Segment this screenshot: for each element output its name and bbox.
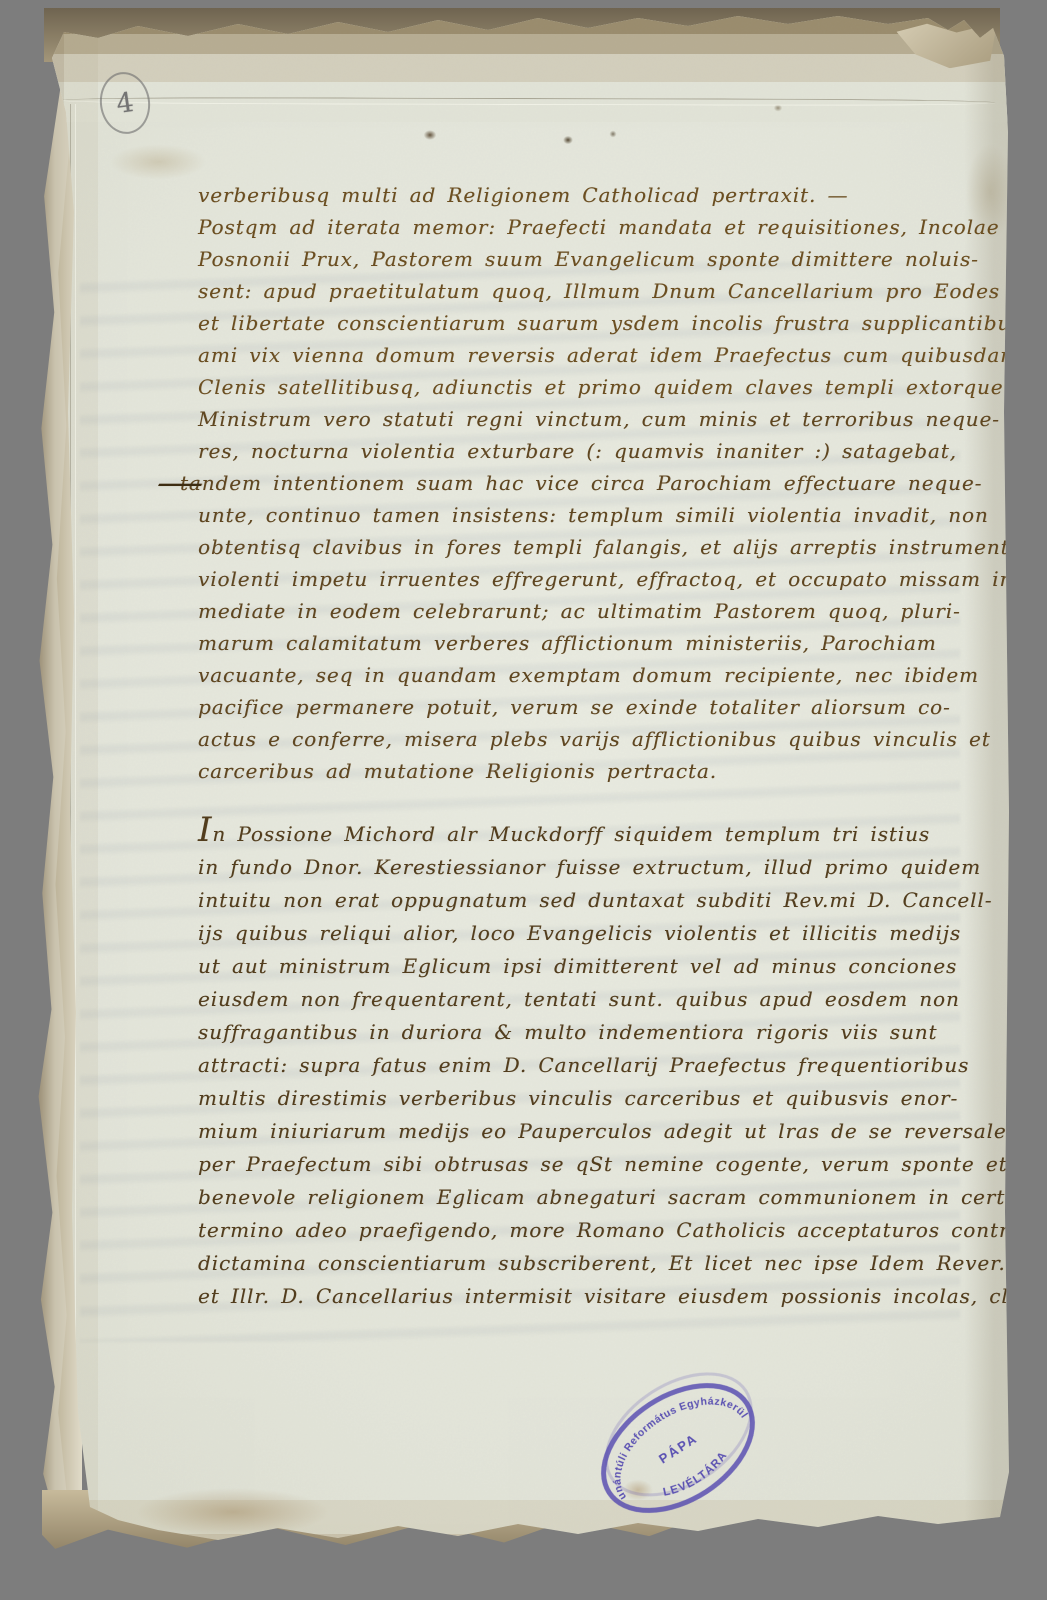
manuscript-line: obtentisq clavibus in fores templi falan… (198, 532, 998, 564)
manuscript-line: violenti impetu irruentes effregerunt, e… (198, 564, 998, 596)
manuscript-line: carceribus ad mutatione Religionis pertr… (198, 756, 998, 788)
manuscript-line: in fundo Dnor. Kerestiessianor fuisse ex… (198, 852, 998, 885)
manuscript-line: Postqm ad iterata memor: Praefecti manda… (198, 212, 998, 244)
manuscript-line: per Praefectum sibi obtrusas se qSt nemi… (198, 1149, 998, 1182)
archive-stamp: Dunántúli Református Egyházkerület PÁPA … (557, 1333, 798, 1562)
manuscript-line: Ministrum vero statuti regni vinctum, cu… (198, 404, 998, 436)
manuscript-line: In Possione Michord alr Muckdorff siquid… (198, 819, 998, 852)
manuscript-line: sent: apud praetitulatum quoq, Illmum Dn… (198, 276, 998, 308)
manuscript-line: mium iniuriarum medijs eo Pauperculos ad… (198, 1116, 998, 1149)
manuscript-line: unte, continuo tamen insistens: templum … (198, 500, 998, 532)
manuscript-line: res, nocturna violentia exturbare (: qua… (198, 436, 998, 468)
manuscript-line: et libertate conscientiarum suarum ysdem… (198, 308, 998, 340)
manuscript-line: benevole religionem Eglicam abnegaturi s… (198, 1182, 998, 1215)
stamp-arc-text: Dunántúli Református Egyházkerület (557, 1335, 751, 1514)
manuscript-line: termino adeo praefigendo, more Romano Ca… (198, 1215, 998, 1248)
manuscript-line: multis direstimis verberibus vinculis ca… (198, 1083, 998, 1116)
manuscript-line: et Illr. D. Cancellarius intermisit visi… (198, 1281, 998, 1314)
manuscript-line: marum calamitatum verberes afflictionum … (198, 628, 998, 660)
stamp-center-text: PÁPA (656, 1430, 700, 1466)
manuscript-line: ijs quibus reliqui alior, loco Evangelic… (198, 918, 998, 951)
manuscript-line: dictamina conscientiarum subscriberent, … (198, 1248, 998, 1281)
manuscript-line: Posnonii Prux, Pastorem suum Evangelicum… (198, 244, 998, 276)
manuscript-line: ami vix vienna domum reversis aderat ide… (198, 340, 998, 372)
manuscript-line: vacuante, seq in quandam exemptam domum … (198, 660, 998, 692)
svg-text:Dunántúli Református Egyházker: Dunántúli Református Egyházkerület (557, 1335, 751, 1514)
manuscript-line: attracti: supra fatus enim D. Cancellari… (198, 1050, 998, 1083)
handwritten-text-block: verberibusq multi ad Religionem Catholic… (198, 180, 998, 1314)
manuscript-line: actus e conferre, misera plebs varijs af… (198, 724, 998, 756)
margin-flourish-dash: — (156, 468, 199, 498)
manuscript-line: mediate in eodem celebrarunt; ac ultimat… (198, 596, 998, 628)
manuscript-line: —tandem intentionem suam hac vice circa … (198, 468, 998, 500)
horizontal-crease (60, 97, 996, 106)
manuscript-scan: 4 verberibusq multi ad Religionem Cathol… (0, 0, 1047, 1600)
manuscript-line: eiusdem non frequentarent, tentati sunt.… (198, 984, 998, 1017)
manuscript-line: Clenis satellitibusq, adiunctis et primo… (198, 372, 998, 404)
manuscript-line: ut aut ministrum Eglicum ipsi dimitteren… (198, 951, 998, 984)
folio-number-pencil: 4 (96, 69, 154, 137)
manuscript-line: pacifice permanere potuit, verum se exin… (198, 692, 998, 724)
paragraph-1: verberibusq multi ad Religionem Catholic… (198, 180, 998, 788)
paragraph-2: In Possione Michord alr Muckdorff siquid… (198, 819, 998, 1314)
manuscript-page: 4 verberibusq multi ad Religionem Cathol… (38, 12, 1012, 1560)
manuscript-line: verberibusq multi ad Religionem Catholic… (198, 180, 998, 212)
manuscript-line-text: tandem intentionem suam hac vice circa P… (180, 471, 982, 495)
manuscript-line: intuitu non erat oppugnatum sed duntaxat… (198, 885, 998, 918)
manuscript-line: suffragantibus in duriora & multo indeme… (198, 1017, 998, 1050)
